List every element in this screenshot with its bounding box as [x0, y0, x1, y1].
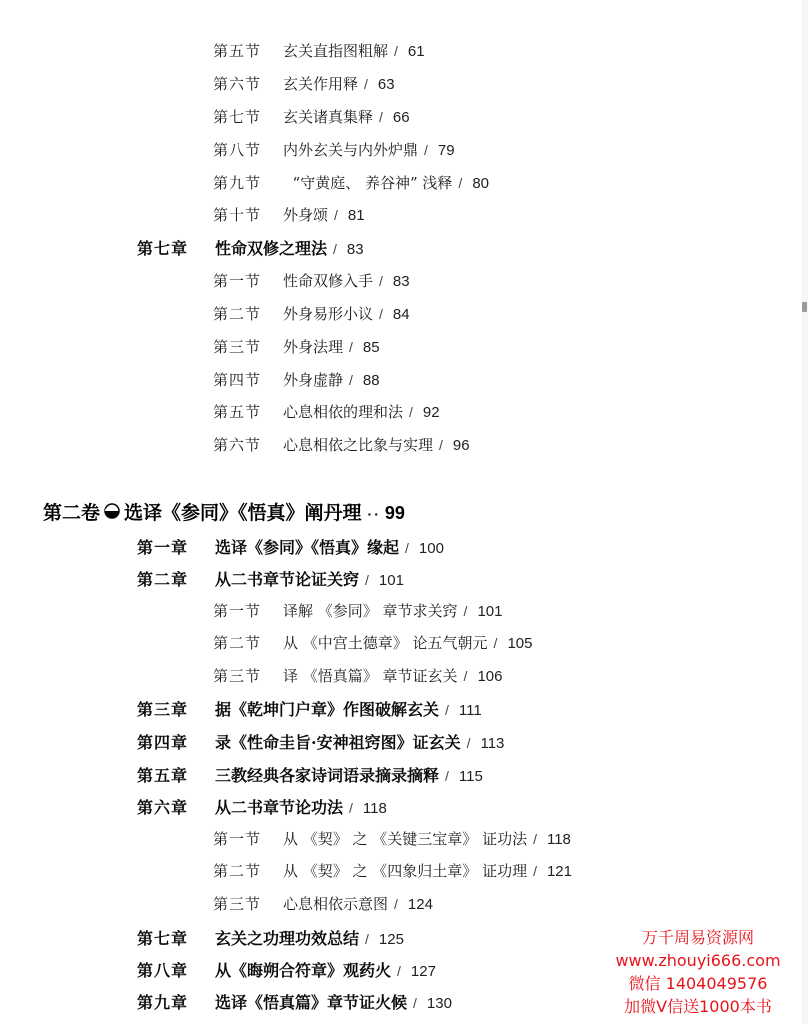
section-number: 第十节: [213, 204, 283, 225]
section-number: 第一节: [213, 828, 283, 849]
toc-section-row[interactable]: 第三节 译 《悟真篇》 章节证玄关 / 106: [213, 665, 502, 686]
separator: /: [533, 831, 537, 847]
volume-number: 第二卷: [43, 498, 100, 525]
page-number: 121: [547, 863, 572, 880]
separator: /: [334, 207, 338, 223]
separator: /: [349, 372, 353, 388]
page-number: 85: [363, 339, 380, 356]
page-number: 118: [547, 831, 571, 848]
toc-section-row[interactable]: 第二节 从 《契》 之 《四象归土章》 证功理 / 121: [213, 860, 572, 881]
section-title: 内外玄关与内外炉鼎: [283, 139, 418, 160]
separator: /: [333, 241, 337, 257]
section-number: 第二节: [213, 860, 283, 881]
page-number: 127: [411, 963, 436, 980]
chapter-title: 录《性命圭旨·安神祖窍图》证玄关: [215, 730, 461, 753]
chapter-number: 第一章: [137, 535, 215, 558]
page-number: 99: [385, 503, 405, 524]
toc-section-row[interactable]: 第八节 内外玄关与内外炉鼎 / 79: [213, 139, 455, 160]
chapter-number: 第八章: [137, 958, 215, 981]
page-number: 124: [408, 896, 433, 913]
separator: /: [394, 43, 398, 59]
toc-chapter-row[interactable]: 第二章 从二书章节论证关窍 / 101: [137, 567, 404, 590]
section-title: 玄关直指图粗解: [283, 40, 388, 61]
chapter-number: 第九章: [137, 990, 215, 1013]
section-number: 第三节: [213, 336, 283, 357]
page-number: 113: [480, 735, 504, 752]
separator: /: [424, 142, 428, 158]
section-number: 第三节: [213, 665, 283, 686]
page-number: 111: [459, 702, 482, 719]
toc-section-row[interactable]: 第七节 玄关诸真集释 / 66: [213, 106, 410, 127]
separator: /: [464, 603, 468, 619]
section-number: 第一节: [213, 600, 283, 621]
toc-section-row[interactable]: 第四节 外身虚静 / 88: [213, 369, 380, 390]
section-title: 玄关诸真集释: [283, 106, 373, 127]
section-title: 从 《中宫土德章》 论五气朝元: [283, 632, 488, 653]
section-number: 第八节: [213, 139, 283, 160]
page-number: 88: [363, 372, 380, 389]
page-number: 84: [393, 306, 410, 323]
chapter-title: 三教经典各家诗词语录摘录摘释: [215, 763, 439, 786]
toc-chapter-row[interactable]: 第一章 选译《参同》《悟真》缘起 / 100: [137, 535, 444, 558]
separator: /: [464, 668, 468, 684]
separator: /: [365, 931, 369, 947]
separator: /: [397, 963, 401, 979]
chapter-title: 性命双修之理法: [215, 236, 327, 259]
watermark-promo: 加微V信送1000本书: [598, 995, 798, 1018]
separator: /: [349, 339, 353, 355]
separator: /: [533, 863, 537, 879]
toc-chapter-row[interactable]: 第六章 从二书章节论功法 / 118: [137, 795, 387, 818]
section-title: 外身虚静: [283, 369, 343, 390]
page-number: 81: [348, 207, 365, 224]
section-number: 第六节: [213, 434, 283, 455]
chapter-title: 从二书章节论证关窍: [215, 567, 359, 590]
separator: /: [394, 896, 398, 912]
watermark: 万千周易资源网 www.zhouyi666.com 微信 1404049576 …: [598, 926, 798, 1018]
section-title: 译 《悟真篇》 章节证玄关: [283, 665, 458, 686]
toc-section-row[interactable]: 第一节 从 《契》 之 《关键三宝章》 证功法 / 118: [213, 828, 571, 849]
page-number: 130: [427, 995, 452, 1012]
toc-section-row[interactable]: 第一节 性命双修入手 / 83: [213, 270, 410, 291]
page-number: 106: [477, 668, 502, 685]
toc-chapter-row[interactable]: 第八章 从《晦朔合符章》观药火 / 127: [137, 958, 436, 981]
separator: /: [379, 273, 383, 289]
chapter-number: 第七章: [137, 926, 215, 949]
toc-section-row[interactable]: 第二节 从 《中宫土德章》 论五气朝元 / 105: [213, 632, 532, 653]
section-number: 第一节: [213, 270, 283, 291]
section-number: 第二节: [213, 632, 283, 653]
toc-section-row[interactable]: 第三节 外身法理 / 85: [213, 336, 380, 357]
page-number: 66: [393, 109, 410, 126]
section-title: 心息相依之比象与实理: [283, 434, 433, 455]
separator: /: [494, 635, 498, 651]
chapter-title: 从二书章节论功法: [215, 795, 343, 818]
page-number: 92: [423, 404, 440, 421]
section-title: 外身法理: [283, 336, 343, 357]
page-number: 101: [477, 603, 502, 620]
section-number: 第六节: [213, 73, 283, 94]
separator: /: [439, 437, 443, 453]
section-title: 外身颂: [283, 204, 328, 225]
toc-volume-heading[interactable]: 第二卷 选译《参同》《悟真》阐丹理 ·· 99: [43, 498, 405, 525]
toc-section-row[interactable]: 第十节 外身颂 / 81: [213, 204, 365, 225]
section-title: 从 《契》 之 《关键三宝章》 证功法: [283, 828, 527, 849]
toc-section-row[interactable]: 第六节 心息相依之比象与实理 / 96: [213, 434, 470, 455]
toc-chapter-row[interactable]: 第五章 三教经典各家诗词语录摘录摘释 / 115: [137, 763, 483, 786]
vertical-scrollbar[interactable]: [802, 0, 808, 1024]
page-number: 115: [459, 768, 483, 785]
page-number: 83: [347, 241, 364, 258]
chapter-number: 第五章: [137, 763, 215, 786]
separator: /: [445, 702, 449, 718]
toc-chapter-row[interactable]: 第七章 玄关之功理功效总结 / 125: [137, 926, 404, 949]
section-title: 玄关作用释: [283, 73, 358, 94]
toc-section-row[interactable]: 第六节 玄关作用释 / 63: [213, 73, 395, 94]
section-number: 第二节: [213, 303, 283, 324]
chapter-number: 第三章: [137, 697, 215, 720]
toc-chapter-row[interactable]: 第九章 选译《悟真篇》章节证火候 / 130: [137, 990, 452, 1013]
yin-yang-icon: [104, 503, 120, 519]
toc-chapter-row[interactable]: 第七章 性命双修之理法 / 83: [137, 236, 364, 259]
scrollbar-thumb[interactable]: [802, 302, 807, 312]
chapter-number: 第六章: [137, 795, 215, 818]
section-title: 心息相依的理和法: [283, 401, 403, 422]
section-number: 第四节: [213, 369, 283, 390]
section-title: 译解 《参同》 章节求关窍: [283, 600, 458, 621]
page-number: 125: [379, 931, 404, 948]
separator: /: [409, 404, 413, 420]
separator: /: [365, 572, 369, 588]
separator: /: [364, 76, 368, 92]
separator: /: [405, 540, 409, 556]
chapter-title: 选译《参同》《悟真》缘起: [215, 535, 399, 558]
separator: /: [413, 995, 417, 1011]
toc-section-row[interactable]: 第一节 译解 《参同》 章节求关窍 / 101: [213, 600, 502, 621]
section-title: 从 《契》 之 《四象归土章》 证功理: [283, 860, 527, 881]
toc-chapter-row[interactable]: 第三章 据《乾坤门户章》作图破解玄关 / 111: [137, 697, 482, 720]
section-title: “守黄庭、 养谷神” 浅释: [283, 172, 452, 193]
chapter-title: 玄关之功理功效总结: [215, 926, 359, 949]
watermark-url: www.zhouyi666.com: [598, 949, 798, 972]
section-title: 心息相依示意图: [283, 893, 388, 914]
separator: /: [467, 735, 471, 751]
separator: /: [349, 800, 353, 816]
watermark-site-name: 万千周易资源网: [598, 926, 798, 949]
separator: /: [379, 109, 383, 125]
page-number: 118: [363, 800, 387, 817]
chapter-number: 第七章: [137, 236, 215, 259]
chapter-title: 据《乾坤门户章》作图破解玄关: [215, 697, 439, 720]
chapter-title: 选译《悟真篇》章节证火候: [215, 990, 407, 1013]
section-number: 第九节: [213, 172, 283, 193]
page-number: 80: [472, 175, 489, 192]
volume-title: 选译《参同》《悟真》阐丹理: [124, 498, 362, 525]
toc-section-row[interactable]: 第二节 外身易形小议 / 84: [213, 303, 410, 324]
section-number: 第三节: [213, 893, 283, 914]
section-title: 外身易形小议: [283, 303, 373, 324]
toc-section-row[interactable]: 第九节 “守黄庭、 养谷神” 浅释 / 80: [213, 172, 489, 193]
separator: /: [379, 306, 383, 322]
chapter-title: 从《晦朔合符章》观药火: [215, 958, 391, 981]
toc-section-row[interactable]: 第五节 玄关直指图粗解 / 61: [213, 40, 425, 61]
section-number: 第五节: [213, 401, 283, 422]
toc-section-row[interactable]: 第三节 心息相依示意图 / 124: [213, 893, 433, 914]
section-number: 第七节: [213, 106, 283, 127]
toc-chapter-row[interactable]: 第四章 录《性命圭旨·安神祖窍图》证玄关 / 113: [137, 730, 504, 753]
page-number: 101: [379, 572, 404, 589]
page-number: 63: [378, 76, 395, 93]
section-title: 性命双修入手: [283, 270, 373, 291]
chapter-number: 第四章: [137, 730, 215, 753]
page-number: 96: [453, 437, 470, 454]
section-number: 第五节: [213, 40, 283, 61]
page-number: 61: [408, 43, 425, 60]
page-number: 79: [438, 142, 455, 159]
page-number: 105: [507, 635, 532, 652]
chapter-number: 第二章: [137, 567, 215, 590]
separator: /: [445, 768, 449, 784]
separator: /: [458, 175, 462, 191]
leader-dots: ··: [368, 506, 381, 522]
page-number: 83: [393, 273, 410, 290]
toc-page: 第五节 玄关直指图粗解 / 61 第六节 玄关作用释 / 63 第七节 玄关诸真…: [0, 0, 800, 1024]
toc-section-row[interactable]: 第五节 心息相依的理和法 / 92: [213, 401, 440, 422]
page-number: 100: [419, 540, 444, 557]
watermark-wechat: 微信 1404049576: [598, 972, 798, 995]
